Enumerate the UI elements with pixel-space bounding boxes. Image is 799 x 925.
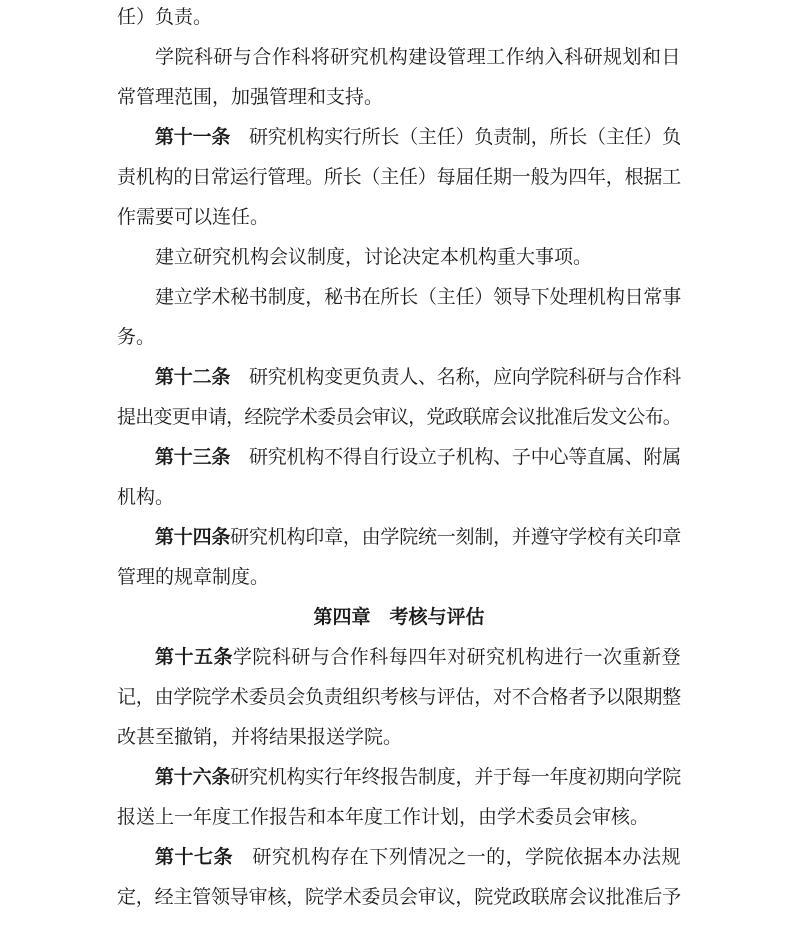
article-number: 第十三条 <box>155 447 249 468</box>
line-text: 提出变更申请，经院学术委员会审议，党政联席会议批准后发文公布。 <box>117 407 681 428</box>
text-line: 建立学术秘书制度，秘书在所长（主任）领导下处理机构日常事 <box>117 278 681 318</box>
text-line: 管理的规章制度。 <box>117 558 681 598</box>
text-line: 机构。 <box>117 478 681 518</box>
line-text: 管理的规章制度。 <box>117 567 269 588</box>
line-text: 研究机构变更负责人、名称，应向学院科研与合作科 <box>249 367 681 388</box>
text-line: 责机构的日常运行管理。所长（主任）每届任期一般为四年，根据工 <box>117 158 681 198</box>
text-line: 务。 <box>117 318 681 358</box>
line-text: 研究机构存在下列情况之一的，学院依据本办法规 <box>252 847 681 868</box>
line-text: 作需要可以连任。 <box>117 207 269 228</box>
line-text: 研究机构印章，由学院统一刻制，并遵守学校有关印章 <box>230 527 681 548</box>
line-text: 建立学术秘书制度，秘书在所长（主任）领导下处理机构日常事 <box>155 287 681 308</box>
article-number: 第十五条 <box>155 647 233 668</box>
line-text: 务。 <box>117 327 155 348</box>
paragraph-indent <box>117 782 155 783</box>
text-line: 第十三条 研究机构不得自行设立子机构、子中心等直属、附属 <box>117 438 681 478</box>
line-text: 学院科研与合作科将研究机构建设管理工作纳入科研规划和日 <box>155 47 681 68</box>
line-text: 学院科研与合作科每四年对研究机构进行一次重新登 <box>233 647 681 668</box>
text-line: 常管理范围，加强管理和支持。 <box>117 78 681 118</box>
text-line: 建立研究机构会议制度，讨论决定本机构重大事项。 <box>117 238 681 278</box>
chapter-heading: 第四章 考核与评估 <box>117 598 681 638</box>
text-line: 报送上一年度工作报告和本年度工作计划，由学术委员会审核。 <box>117 798 681 838</box>
text-line: 第十二条 研究机构变更负责人、名称，应向学院科研与合作科 <box>117 358 681 398</box>
text-line: 学院科研与合作科将研究机构建设管理工作纳入科研规划和日 <box>117 38 681 78</box>
text-line: 第十六条研究机构实行年终报告制度，并于每一年度初期向学院 <box>117 758 681 798</box>
article-number: 第十七条 <box>155 847 252 868</box>
paragraph-indent <box>117 262 155 263</box>
line-text: 任）负责。 <box>117 7 212 28</box>
article-number: 第十二条 <box>155 367 249 388</box>
text-line: 改甚至撤销，并将结果报送学院。 <box>117 718 681 758</box>
text-line: 第十五条学院科研与合作科每四年对研究机构进行一次重新登 <box>117 638 681 678</box>
paragraph-indent <box>117 142 155 143</box>
paragraph-indent <box>117 542 155 543</box>
text-line: 定，经主管领导审核，院学术委员会审议，院党政联席会议批准后予 <box>117 878 681 918</box>
line-text: 研究机构实行所长（主任）负责制，所长（主任）负 <box>249 127 681 148</box>
paragraph-indent <box>117 382 155 383</box>
article-number: 第十一条 <box>155 127 249 148</box>
paragraph-indent <box>117 302 155 303</box>
heading-text: 第四章 考核与评估 <box>313 607 484 628</box>
paragraph-indent <box>117 862 155 863</box>
line-text: 研究机构不得自行设立子机构、子中心等直属、附属 <box>249 447 681 468</box>
line-text: 报送上一年度工作报告和本年度工作计划，由学术委员会审核。 <box>117 807 649 828</box>
text-line: 第十一条 研究机构实行所长（主任）负责制，所长（主任）负 <box>117 118 681 158</box>
line-text: 定，经主管领导审核，院学术委员会审议，院党政联席会议批准后予 <box>117 887 681 908</box>
line-text: 建立研究机构会议制度，讨论决定本机构重大事项。 <box>155 247 592 268</box>
line-text: 常管理范围，加强管理和支持。 <box>117 87 383 108</box>
text-line: 提出变更申请，经院学术委员会审议，党政联席会议批准后发文公布。 <box>117 398 681 438</box>
paragraph-indent <box>117 62 155 63</box>
text-line: 第十七条 研究机构存在下列情况之一的，学院依据本办法规 <box>117 838 681 878</box>
line-text: 改甚至撤销，并将结果报送学院。 <box>117 727 402 748</box>
paragraph-indent <box>117 462 155 463</box>
article-number: 第十六条 <box>155 767 230 788</box>
document-page: 任）负责。 学院科研与合作科将研究机构建设管理工作纳入科研规划和日 常管理范围，… <box>117 0 681 918</box>
line-text: 责机构的日常运行管理。所长（主任）每届任期一般为四年，根据工 <box>117 167 681 188</box>
article-number: 第十四条 <box>155 527 230 548</box>
line-text: 记，由学院学术委员会负责组织考核与评估，对不合格者予以限期整 <box>117 687 681 708</box>
line-text: 机构。 <box>117 487 174 508</box>
line-text: 研究机构实行年终报告制度，并于每一年度初期向学院 <box>230 767 681 788</box>
text-line: 任）负责。 <box>117 0 681 38</box>
text-line: 第十四条研究机构印章，由学院统一刻制，并遵守学校有关印章 <box>117 518 681 558</box>
text-line: 记，由学院学术委员会负责组织考核与评估，对不合格者予以限期整 <box>117 678 681 718</box>
paragraph-indent <box>117 662 155 663</box>
text-line: 作需要可以连任。 <box>117 198 681 238</box>
